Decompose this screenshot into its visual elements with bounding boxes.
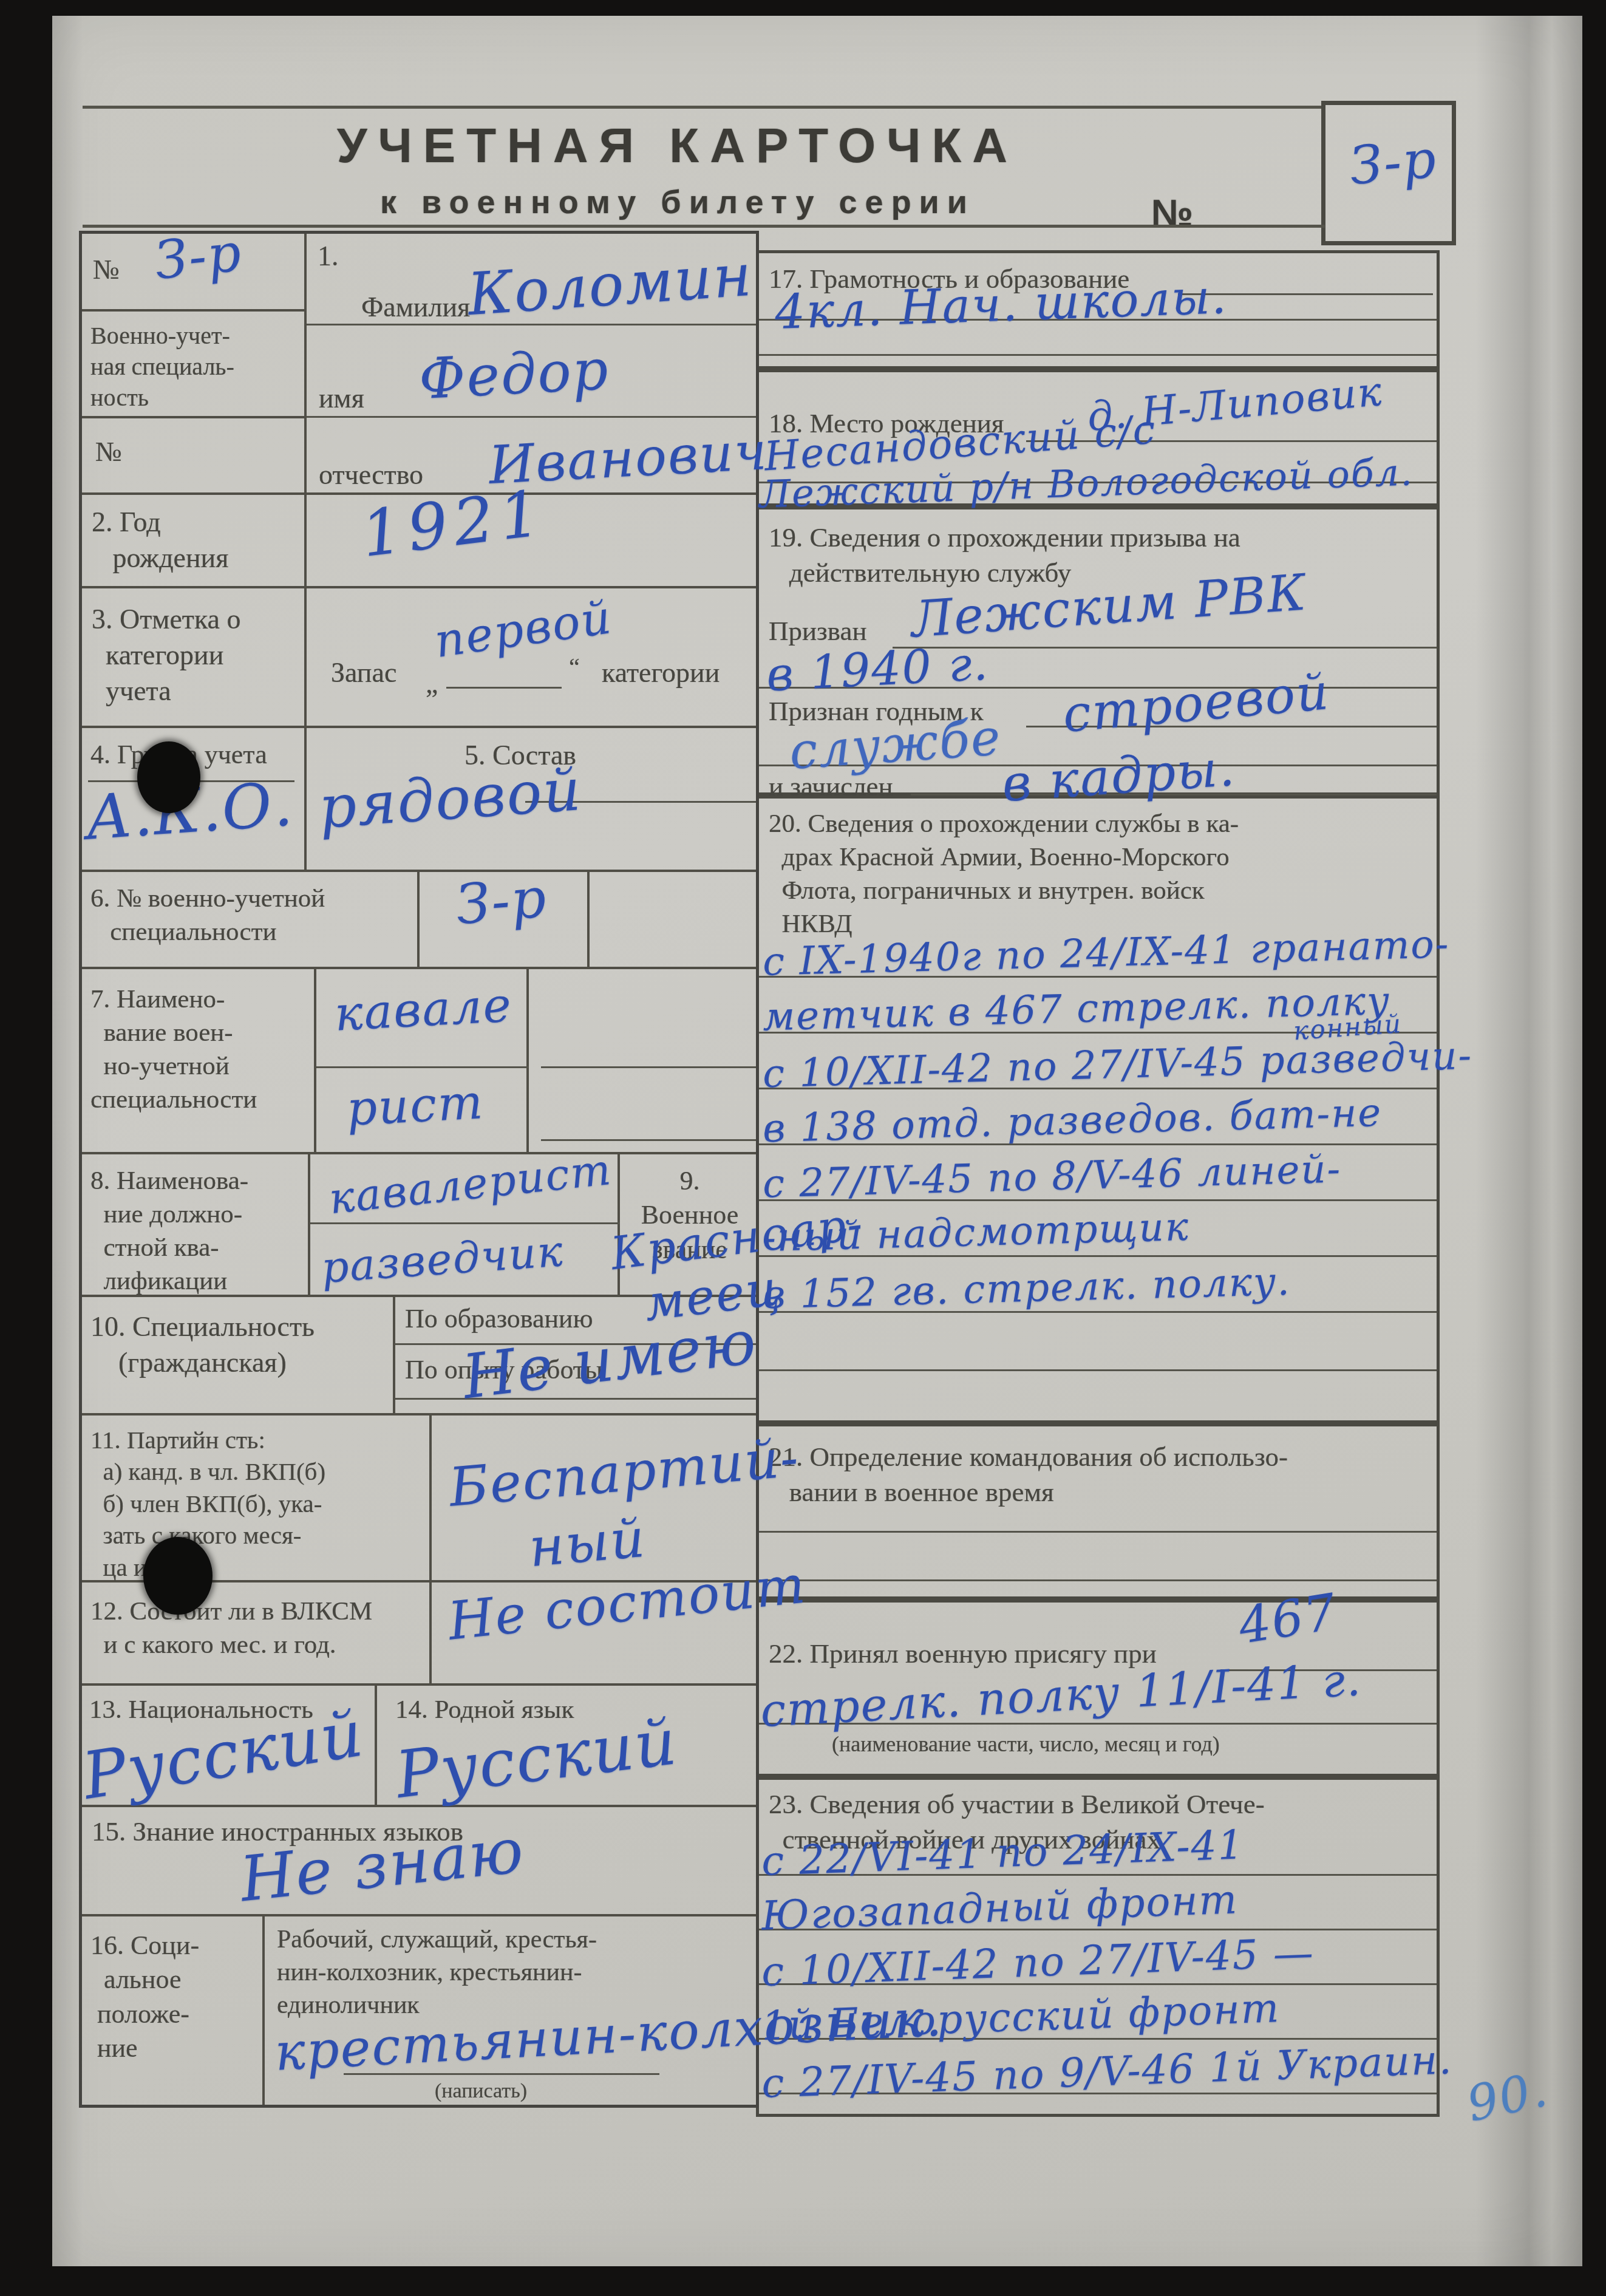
field-13-cell: 13. Национальность Русский (82, 1686, 377, 1807)
reg-no2-sub: № (82, 418, 304, 490)
field-11-value-line2: ный (526, 1507, 648, 1579)
field-16-hint: (написать) (435, 2078, 527, 2105)
field-18-box: 18. Место рождения д. Н-Липовик Несандов… (756, 369, 1440, 506)
reg-vus-label: Военно-учет- ная специаль- ность (90, 320, 234, 414)
field-1-cell: 1. Фамилия Коломин имя Федор отчество Ив… (307, 234, 756, 495)
field-7-extra-cell (529, 969, 756, 1154)
field-6-empty-cell (590, 872, 756, 969)
header-rule-bottom (83, 225, 1325, 228)
war-line: с 10/XII-42 по 27/IV-45 — (761, 1929, 1315, 1995)
field-6-value-cell: З-р (420, 872, 590, 969)
field-1-num: 1. (318, 239, 339, 274)
punch-hole (143, 1537, 213, 1615)
zapas-label: Запас (331, 655, 396, 691)
field-3-value: первой (431, 590, 615, 668)
service-line: с 27/IV-45 по 8/V-46 линей- (762, 1147, 1342, 1207)
patronymic-label: отчество (319, 457, 423, 493)
card-paper: УЧЕТНАЯ КАРТОЧКА к военному билету серии… (52, 16, 1582, 2266)
field-16-options: Рабочий, служащий, крестья- нин-колхозни… (277, 1924, 597, 2022)
scan-background: УЧЕТНАЯ КАРТОЧКА к военному билету серии… (0, 0, 1606, 2296)
field-22-hint: (наименование части, число, месяц и год) (832, 1730, 1220, 1758)
field-20-box: 20. Сведения о прохождении службы в ка- … (756, 795, 1440, 1423)
field-22-label: 22. Принял военную присягу при (769, 1637, 1157, 1672)
page-subtitle: к военному билету серии (253, 183, 1103, 221)
name-value: Федор (417, 337, 611, 412)
field-6-cell: 6. № военно-учетной специальности (82, 872, 420, 969)
field-20-label: 20. Сведения о прохождении службы в ка- … (769, 807, 1239, 941)
name-label: имя (319, 381, 364, 417)
field-14-cell: 14. Родной язык Русский (377, 1686, 756, 1807)
reg-no-sub: № З-р (82, 234, 304, 312)
field-2-cell: 2. Год рождения (82, 495, 307, 588)
field-7-label: 7. Наимено- вание воен- но-учетной специ… (90, 983, 257, 1116)
field-15-cell: 15. Знание иностранных языков Не знаю (82, 1807, 756, 1916)
field-12-cell: 12. Состоит ли в ВЛКСМ и с какого мес. и… (82, 1582, 432, 1686)
field-8-value-line2: разведчик (320, 1226, 565, 1293)
field-6-value: З-р (454, 866, 550, 938)
ruled-line (541, 1139, 756, 1141)
field-7-cell: 7. Наимено- вание воен- но-учетной специ… (82, 969, 316, 1154)
kategorii-label: категории (602, 655, 720, 691)
close-quote: “ (569, 652, 580, 683)
field-3-value-cell: Запас „ первой “ категории (307, 588, 756, 728)
field-16-value-cell: Рабочий, служащий, крестья- нин-колхозни… (265, 1916, 756, 2105)
field-reg-cell: № З-р Военно-учет- ная специаль- ность № (82, 234, 307, 495)
punch-hole (137, 741, 200, 813)
page-title: УЧЕТНАЯ КАРТОЧКА (253, 118, 1103, 174)
field-9-cell: 9. Военное звание Красноар- меец (620, 1154, 756, 1297)
field-5-cell: 5. Состав рядовой (307, 728, 756, 872)
field-8-cell: 8. Наименова- ние должно- стной ква- лиф… (82, 1154, 310, 1297)
field-10-value-cell: По образованию По опыту работы Не имею (395, 1297, 756, 1415)
ruled-line (759, 1531, 1437, 1533)
field-19-box: 19. Сведения о прохождении призыва на де… (756, 506, 1440, 795)
field-6-label: 6. № военно-учетной специальности (90, 882, 325, 949)
field-12-value-cell: Не состоит (432, 1582, 756, 1686)
header-rule-top (83, 106, 1321, 109)
field-7-value-line1: кавале (333, 978, 514, 1041)
series-value: З-р (1347, 129, 1440, 197)
field-3-cell: 3. Отметка о категории учета (82, 588, 307, 728)
reg-no-value: З-р (152, 222, 245, 291)
ruled-line (759, 354, 1437, 356)
field-2-value-cell: 1921 (307, 495, 756, 588)
field-17-box: 17. Грамотность и образование 4кл. Нач. … (756, 250, 1440, 369)
field-3-label: 3. Отметка о категории учета (92, 602, 241, 709)
ruled-line (759, 1369, 1437, 1371)
surname-value: Коломин (466, 241, 755, 329)
field-16-label: 16. Соци- альное положе- ние (90, 1929, 199, 2065)
service-line: в 152 гв. стрелк. полку. (762, 1259, 1291, 1318)
service-line: в 138 отд. разведов. бат-не (762, 1091, 1383, 1152)
ruled-line (316, 1066, 529, 1068)
ruled-line (759, 1579, 1437, 1581)
field-10-label: 10. Специальность (гражданская) (90, 1309, 315, 1381)
field-21-label: 21. Определение командования об использо… (769, 1440, 1288, 1510)
open-quote: „ (426, 666, 438, 702)
field-11-value-cell: Беспартий- ный (432, 1415, 756, 1582)
archive-page-mark: 90. (1462, 2060, 1553, 2133)
field-7-value-cell: кавале рист (316, 969, 529, 1154)
field-8-label: 8. Наименова- ние должно- стной ква- лиф… (90, 1164, 248, 1298)
ruled-line (541, 1066, 756, 1068)
reg-no-label: № (93, 252, 120, 288)
reg-no2-label: № (95, 434, 122, 470)
series-number-sign: № (1151, 192, 1193, 235)
ruled-line (310, 1222, 620, 1224)
godnym-value: строевой (1061, 663, 1332, 744)
field-5-value: рядовой (317, 755, 584, 842)
field-11-cell: 11. Партийн сть: а) канд. в чл. ВКП(б) б… (82, 1415, 432, 1582)
left-form-table: № З-р Военно-учет- ная специаль- ность №… (79, 231, 759, 2108)
field-23-box: 23. Сведения об участии в Великой Отече-… (756, 1777, 1440, 2117)
field-11-value-line1: Беспартий- (447, 1426, 802, 1519)
field-8-value-line1: кавалерист (327, 1145, 614, 1224)
ruled-line (307, 416, 756, 418)
field-2-label: 2. Год рождения (92, 505, 228, 576)
ruled-line (446, 687, 562, 689)
field-16-cell: 16. Соци- альное положе- ние (82, 1916, 265, 2105)
field-21-box: 21. Определение командования об использо… (756, 1423, 1440, 1599)
reg-vus-sub: Военно-учет- ная специаль- ность (82, 312, 304, 418)
field-12-label: 12. Состоит ли в ВЛКСМ и с какого мес. и… (90, 1595, 372, 1661)
field-22-box: 467 22. Принял военную присягу при стрел… (756, 1599, 1440, 1777)
year-value: в 1940 г. (765, 636, 990, 701)
surname-label: Фамилия (361, 290, 470, 325)
field-7-value-line2: рист (345, 1075, 485, 1137)
field-10-cell: 10. Специальность (гражданская) (82, 1297, 395, 1415)
series-box: З-р (1321, 101, 1456, 245)
field-8-value-cell: кавалерист разведчик (310, 1154, 620, 1297)
field-4-cell: 4. Группа учета А.К.О. (82, 728, 307, 872)
